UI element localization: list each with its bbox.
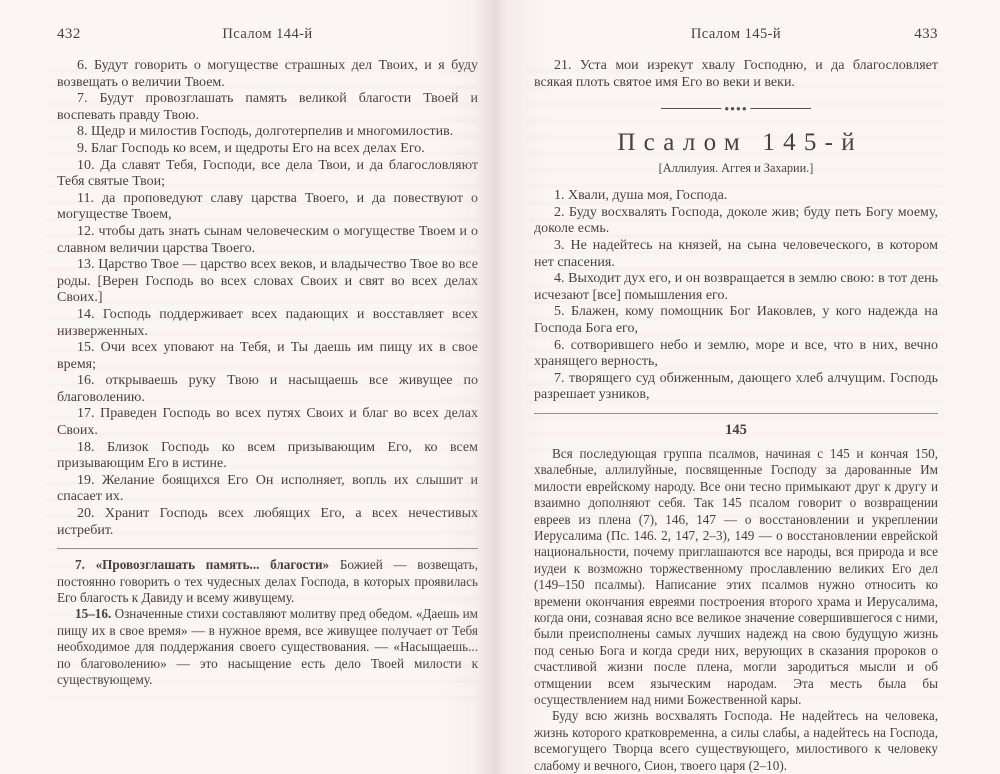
running-header-right: Псалом 145-й 433 (534, 26, 938, 43)
verse-paragraph: 10. Да славят Тебя, Господи, все дела Тв… (57, 158, 478, 191)
page-left: 432 Псалом 144-й 6. Будут говорить о мог… (0, 0, 500, 774)
commentary-paragraph: 15–16. Означенные стихи составляют молит… (57, 606, 478, 688)
section-divider-ornament: ●●●● (661, 104, 811, 113)
ornament-dots: ●●●● (721, 104, 750, 113)
commentary-paragraph: Вся последующая группа псалмов, начиная … (534, 446, 938, 709)
commentary-separator-rule (57, 548, 478, 549)
commentary-paragraph: 7. «Провозглашать память... благости» Бо… (57, 557, 478, 606)
verse-paragraph: 8. Щедр и милостив Господь, долготерпели… (57, 124, 478, 141)
verse-paragraph: 21. Уста мои изрекут хвалу Господню, и д… (534, 58, 938, 91)
verse-paragraph: 18. Близок Господь ко всем призывающим Е… (57, 440, 478, 473)
verse-paragraph: 5. Блажен, кому помощник Бог Иаковлев, у… (534, 304, 938, 337)
verse-paragraph: 13. Царство Твое — царство всех веков, и… (57, 257, 478, 307)
page-number-right: 433 (878, 26, 938, 43)
verse-paragraph: 9. Благ Господь ко всем, и щедроты Его н… (57, 141, 478, 158)
running-header-left: 432 Псалом 144-й (57, 26, 478, 43)
verse-paragraph: 15. Очи всех уповают на Тебя, и Ты даешь… (57, 340, 478, 373)
verse-paragraph: 6. Будут говорить о могуществе страшных … (57, 58, 478, 91)
running-title-left: Псалом 144-й (117, 26, 418, 43)
verse-paragraph: 17. Праведен Господь во всех путях Своих… (57, 406, 478, 439)
verse-paragraph: 6. сотворившего небо и землю, море и все… (534, 338, 938, 371)
book-spread: 432 Псалом 144-й 6. Будут говорить о мог… (0, 0, 1000, 774)
page-number-left: 432 (57, 26, 117, 43)
verse-paragraph: 7. творящего суд обиженным, дающего хлеб… (534, 371, 938, 404)
verse-paragraph: 19. Желание боящихся Его Он исполняет, в… (57, 473, 478, 506)
verse-paragraph: 2. Буду восхвалять Господа, доколе жив; … (534, 205, 938, 238)
psalm-subtitle: [Аллилуия. Аггея и Захарии.] (534, 161, 938, 176)
commentary-paragraph: Буду всю жизнь восхвалять Господа. Не на… (534, 708, 938, 774)
verse-paragraph: 3. Не надейтесь на князей, на сына челов… (534, 238, 938, 271)
commentary-number-heading: 145 (534, 422, 938, 439)
verse-paragraph: 20. Хранит Господь всех любящих Его, а в… (57, 506, 478, 539)
verse-paragraph: 11. да проповедуют славу царства Твоего,… (57, 191, 478, 224)
verse-paragraph: 4. Выходит дух его, и он возвращается в … (534, 271, 938, 304)
verse-paragraph: 7. Будут провозглашать память великой бл… (57, 91, 478, 124)
commentary-separator-rule (534, 413, 938, 414)
verse-paragraph: 1. Хвали, душа моя, Господа. (534, 188, 938, 205)
verse-paragraph: 14. Господь поддерживает всех падающих и… (57, 307, 478, 340)
psalm-title: Псалом 145-й (534, 129, 938, 157)
verse-paragraph: 16. открываешь руку Твою и насыщаешь все… (57, 373, 478, 406)
verse-paragraph: 12. чтобы дать знать сынам человеческим … (57, 224, 478, 257)
page-right: Псалом 145-й 433 21. Уста мои изрекут хв… (500, 0, 1000, 774)
running-title-right: Псалом 145-й (594, 26, 878, 43)
